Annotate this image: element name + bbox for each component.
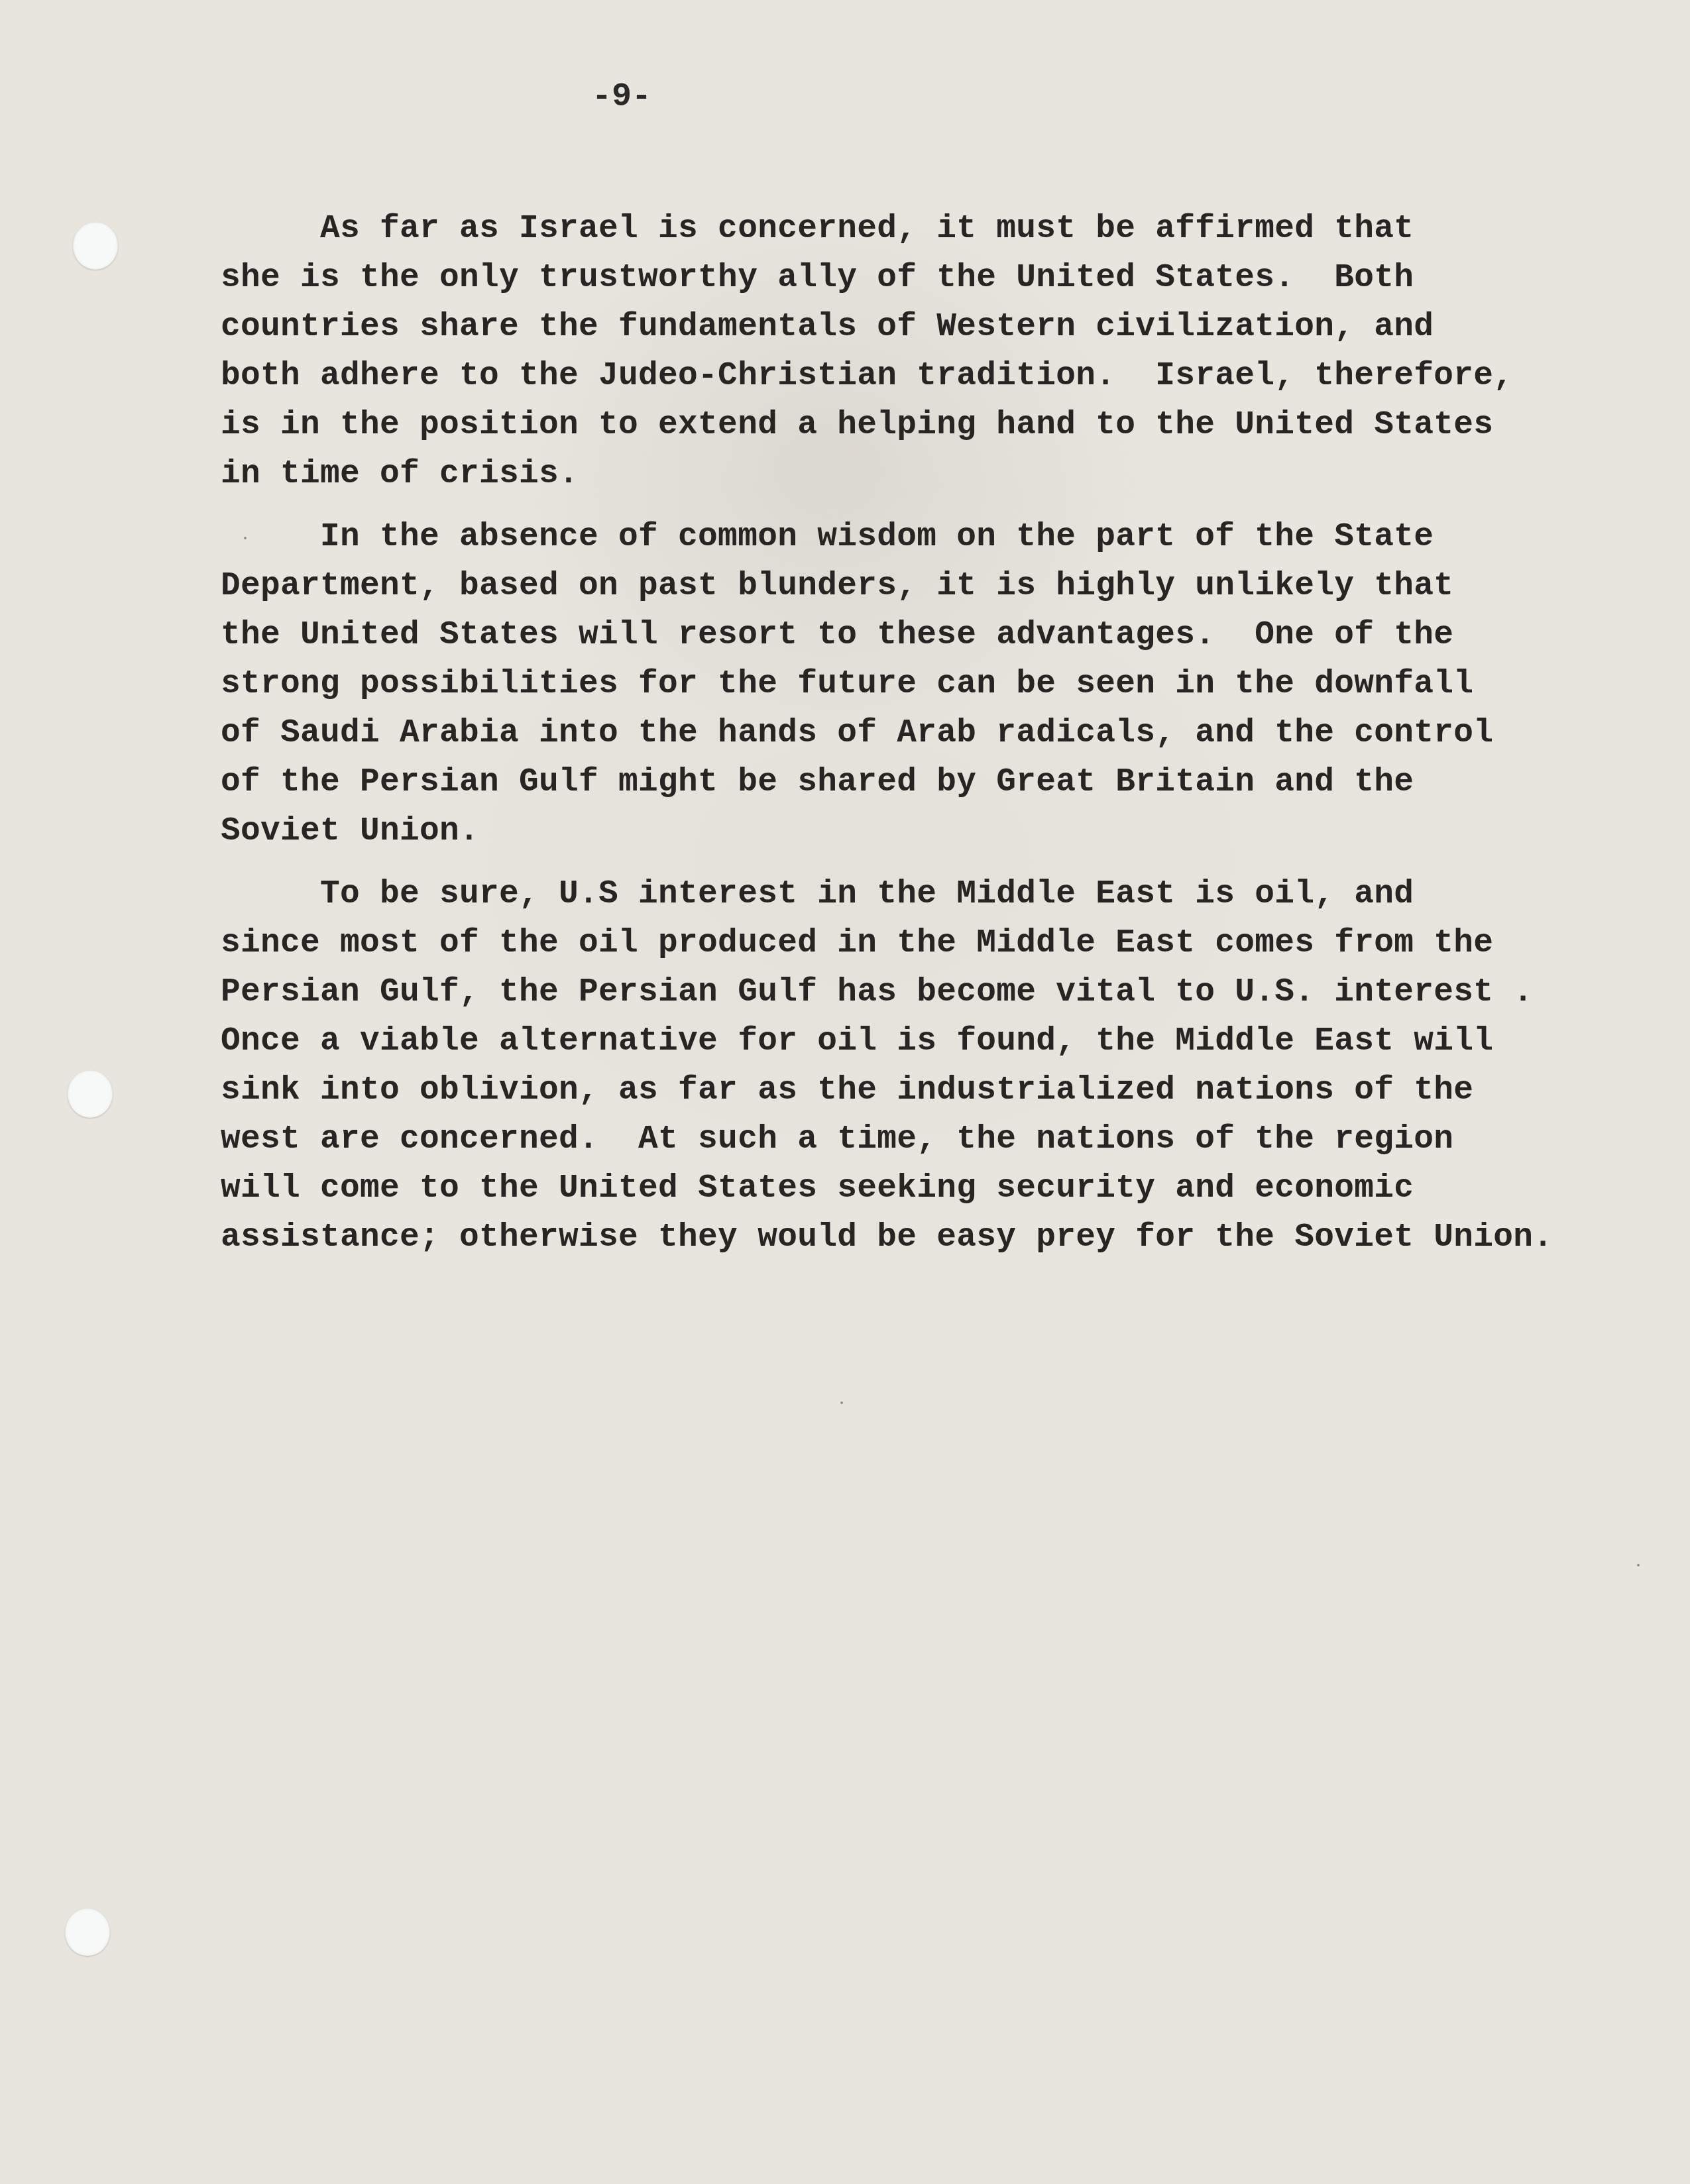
text-line: sink into oblivion, as far as the indust… [221,1065,1579,1115]
punch-hole-bottom [65,1908,110,1956]
text-line: In the absence of common wisdom on the p… [221,512,1579,561]
text-line: countries share the fundamentals of West… [221,302,1579,351]
page-number-text: -9- [592,78,651,116]
text-line: of the Persian Gulf might be shared by G… [221,757,1579,806]
text-line: assistance; otherwise they would be easy… [221,1213,1579,1262]
text-line: As far as Israel is concerned, it must b… [221,204,1579,253]
text-line: is in the position to extend a helping h… [221,400,1579,449]
text-line: Department, based on past blunders, it i… [221,561,1579,610]
text-line: of Saudi Arabia into the hands of Arab r… [221,708,1579,757]
text-line: since most of the oil produced in the Mi… [221,918,1579,967]
text-line: in time of crisis. [221,449,1579,498]
punch-hole-middle [68,1070,113,1118]
paragraph-oil-interest: To be sure, U.S interest in the Middle E… [221,869,1579,1262]
text-line: she is the only trustworthy ally of the … [221,253,1579,302]
text-line: west are concerned. At such a time, the … [221,1115,1579,1164]
paragraph-israel-ally: As far as Israel is concerned, it must b… [221,204,1579,498]
document-body: As far as Israel is concerned, it must b… [221,204,1579,1276]
text-line: Once a viable alternative for oil is fou… [221,1016,1579,1065]
text-line: Persian Gulf, the Persian Gulf has becom… [221,967,1579,1016]
document-page: -9- As far as Israel is concerned, it mu… [0,0,1690,2184]
paper-speck [1637,1564,1640,1566]
paragraph-state-department: In the absence of common wisdom on the p… [221,512,1579,855]
text-line: will come to the United States seeking s… [221,1164,1579,1213]
text-line: Soviet Union. [221,806,1579,855]
paper-speck [840,1401,843,1404]
text-line: both adhere to the Judeo-Christian tradi… [221,351,1579,400]
punch-hole-top [73,222,118,270]
text-line: the United States will resort to these a… [221,610,1579,659]
text-line: To be sure, U.S interest in the Middle E… [221,869,1579,918]
text-line: strong possibilities for the future can … [221,659,1579,708]
